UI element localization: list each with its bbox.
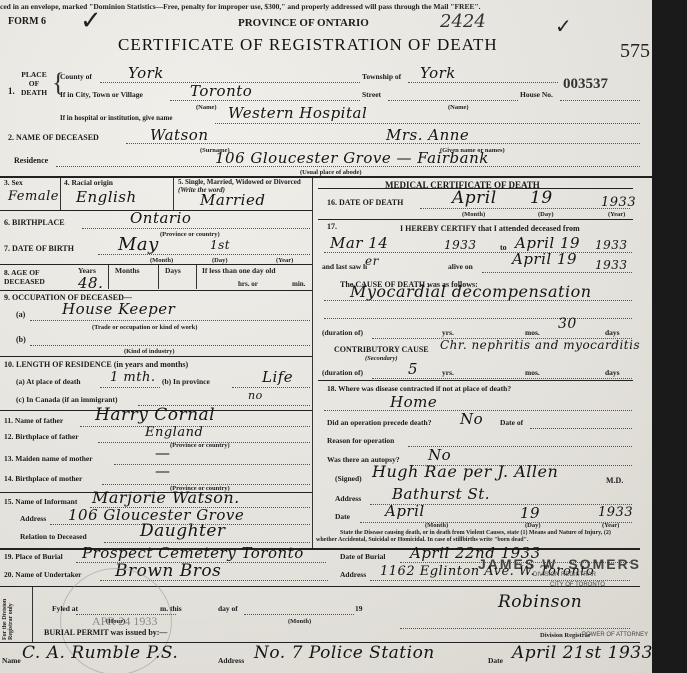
year-caption: (Year) — [608, 211, 625, 218]
dotted-line — [114, 464, 310, 465]
dotted-line — [104, 542, 310, 543]
informant-label: 15. Name of Informant — [4, 497, 77, 506]
industry-caption: (Kind of industry) — [124, 348, 175, 355]
serial-number: 003537 — [563, 76, 608, 93]
label-line: PLACE — [17, 70, 51, 79]
name-caption: (Name) — [196, 104, 217, 111]
dotted-line — [76, 614, 176, 615]
place-of-death-label: PLACE OF DEATH — [17, 70, 51, 97]
province-heading: PROVINCE OF ONTARIO — [238, 17, 369, 29]
year-prefix: 19 — [355, 604, 363, 613]
permit-name-value: C. A. Rumble P.S. — [22, 643, 178, 663]
cell-divider — [60, 178, 61, 210]
item-1-number: 1. — [8, 86, 15, 96]
last-saw-pronoun: er — [365, 254, 379, 268]
street-caption: (Name) — [448, 104, 469, 111]
death-certificate: ced in an envelope, marked "Dominion Sta… — [0, 0, 652, 673]
days-label: Days — [165, 266, 181, 275]
dod-year-value: 1933 — [601, 195, 636, 210]
signed-date-label: Date — [335, 512, 350, 521]
permit-address-label: Address — [218, 656, 244, 665]
stamp-line-2: DIVISION REGISTRAR — [533, 572, 596, 578]
duration-label: (duration of) — [322, 328, 363, 337]
yrs-label: yrs. — [442, 368, 454, 377]
length-of-residence-label: 10. LENGTH OF RESIDENCE (in years and mo… — [4, 360, 188, 369]
dotted-line — [30, 320, 310, 321]
days-label: days — [605, 368, 620, 377]
cell-divider — [32, 587, 33, 642]
birthplace-label: 6. BIRTHPLACE — [4, 218, 65, 227]
mother-value: — — [155, 444, 171, 462]
dod-month-value: April — [452, 188, 497, 208]
year-caption: (Year) — [276, 257, 293, 264]
form-number: FORM 6 — [8, 16, 46, 27]
in-province-value: Life — [262, 368, 293, 386]
marital-label-text: 5. Single, Married, Widowed or Divorced — [178, 178, 301, 186]
signer-address-label: Address — [335, 494, 361, 503]
residence-value: 106 Gloucester Grove — Fairbank — [215, 149, 489, 167]
dotted-line — [420, 208, 630, 209]
year-caption: (Year) — [602, 522, 619, 529]
dotted-line — [215, 123, 640, 124]
dotted-line — [560, 100, 640, 101]
day-caption: (Day) — [525, 522, 541, 529]
reason-label: Reason for operation — [327, 436, 394, 445]
residence-label: Residence — [14, 156, 48, 165]
registrar-signature: Robinson — [498, 592, 582, 612]
alive-on-label: alive on — [448, 262, 473, 271]
row-divider — [318, 380, 633, 381]
mother-birthplace-value: — — [155, 462, 171, 480]
sex-label: 3. Sex — [4, 178, 23, 187]
in-canada-value: no — [248, 389, 263, 402]
hospital-label: If in hospital or institution, give name — [60, 114, 172, 122]
postal-note: ced in an envelope, marked "Dominion Sta… — [0, 2, 481, 11]
mother-label: 13. Maiden name of mother — [4, 454, 93, 463]
mos-label: mos. — [525, 328, 540, 337]
county-value: York — [128, 64, 164, 82]
checkmark-icon: ✓ — [80, 6, 102, 36]
day-caption: (Day) — [538, 211, 554, 218]
at-place-value: 1 mth. — [110, 370, 155, 385]
stamp-line-3: CITY OF TORONTO — [550, 582, 605, 588]
signed-label: (Signed) — [335, 474, 362, 483]
dotted-line — [482, 272, 632, 273]
burial-place-value: Prospect Cemetery Toronto — [82, 544, 304, 562]
operation-date-label: Date of — [500, 418, 523, 427]
dotted-line — [324, 318, 632, 319]
month-caption: (Month) — [288, 618, 311, 625]
county-label: County of — [60, 72, 92, 81]
secondary-caption: (Secondary) — [365, 355, 398, 362]
contributory-cause-label: CONTRIBUTORY CAUSE — [334, 345, 429, 354]
operation-value: No — [460, 410, 483, 428]
to-label: to — [500, 243, 507, 252]
informant-address-label: Address — [20, 514, 46, 523]
street-label: Street — [362, 90, 381, 99]
dotted-line — [372, 378, 632, 379]
dotted-line — [408, 82, 558, 83]
permit-date-label: Date — [488, 656, 503, 665]
signed-date-day: 19 — [520, 504, 540, 522]
power-of-attorney: POWER OF ATTORNEY — [582, 632, 648, 638]
yrs-label: yrs. — [442, 328, 454, 337]
birthplace-value: Ontario — [130, 209, 191, 227]
label-line: DEATH — [17, 88, 51, 97]
burial-date-label: Date of Burial — [340, 552, 385, 561]
registrar-side-label: For the Division Registrar only — [2, 590, 28, 640]
burial-permit-label: BURIAL PERMIT was issued by:— — [44, 628, 167, 637]
signed-value: Hugh Rae per J. Allen — [372, 462, 558, 481]
surname-value: Watson — [150, 126, 208, 144]
undertaker-address-label: Address — [340, 570, 366, 579]
attended-from-year: 1933 — [444, 238, 477, 252]
certify-number: 17. — [327, 222, 337, 231]
row-divider — [0, 356, 312, 357]
cell-divider — [158, 265, 159, 289]
filed-at-label: Fyled at — [52, 604, 78, 613]
page-number: 575 — [620, 40, 650, 63]
contributory-cause-value: Chr. nephritis and myocarditis — [440, 338, 640, 352]
residence-caption: (Usual place of abode) — [300, 169, 362, 176]
name-of-deceased-label: 2. NAME OF DECEASED — [8, 133, 99, 142]
informant-value: Marjorie Watson. — [92, 488, 240, 507]
signed-date-month: April — [385, 502, 425, 520]
duration-label: (duration of) — [322, 368, 363, 377]
father-birthplace-label: 12. Birthplace of father — [4, 432, 79, 441]
dotted-line — [388, 100, 518, 101]
contracted-label: 18. Where was disease contracted if not … — [327, 384, 511, 393]
dotted-line — [370, 580, 630, 581]
racial-origin-label: 4. Racial origin — [64, 178, 113, 187]
undertaker-label: 20. Name of Undertaker — [4, 570, 81, 579]
contracted-value: Home — [390, 393, 437, 411]
permit-address-value: No. 7 Police Station — [254, 643, 435, 663]
township-value: York — [420, 64, 456, 82]
township-label: Township of — [362, 72, 401, 81]
province-caption: (Province or country) — [170, 442, 230, 449]
dod-day-value: 19 — [530, 188, 553, 208]
permit-name-label: Name — [2, 656, 21, 665]
dotted-line — [30, 345, 310, 346]
dob-label: 7. DATE OF BIRTH — [4, 244, 74, 253]
hospital-value: Western Hospital — [228, 104, 367, 122]
months-label: Months — [115, 266, 140, 275]
dotted-line — [232, 387, 310, 388]
certify-text: I HEREBY CERTIFY that I attended decease… — [400, 224, 580, 233]
row-divider — [318, 219, 633, 220]
relation-label: Relation to Deceased — [20, 532, 87, 541]
dotted-line — [100, 387, 160, 388]
dob-month-value: May — [118, 234, 159, 255]
dotted-line — [360, 522, 632, 523]
at-place-label: (a) At place of death — [16, 377, 81, 386]
min-label: min. — [292, 280, 305, 288]
dotted-line — [530, 428, 632, 429]
mother-birthplace-label: 14. Birthplace of mother — [4, 474, 82, 483]
last-saw-label: and last saw h — [322, 262, 367, 271]
age-label: 8. AGE OF DECEASED — [4, 268, 64, 286]
burial-place-label: 19. Place of Burial — [4, 552, 63, 561]
in-canada-label: (c) In Canada (if an immigrant) — [16, 395, 117, 404]
month-caption: (Month) — [425, 522, 448, 529]
dotted-line — [170, 100, 360, 101]
marital-value: Married — [200, 191, 265, 209]
certificate-title: CERTIFICATE OF REGISTRATION OF DEATH — [118, 35, 498, 55]
father-birthplace-value: England — [145, 425, 203, 440]
registration-number: 2424 — [440, 11, 486, 32]
checkmark-icon-2: ✓ — [555, 14, 572, 39]
instructions-text: State the Disease causing death, or in d… — [316, 530, 632, 544]
row-divider — [0, 264, 312, 265]
attended-to-year: 1933 — [595, 238, 628, 252]
cell-divider — [173, 178, 174, 210]
father-label: 11. Name of father — [4, 416, 63, 425]
signer-address-value: Bathurst St. — [392, 485, 490, 503]
column-divider — [312, 178, 313, 548]
in-province-label: (b) In province — [162, 377, 210, 386]
relation-value: Daughter — [140, 521, 226, 541]
given-name-value: Mrs. Anne — [386, 126, 469, 144]
month-caption: (Month) — [462, 211, 485, 218]
father-value: Harry Cornal — [95, 405, 215, 425]
house-label: House No. — [520, 90, 553, 99]
row-divider — [0, 290, 312, 291]
cause-duration-days: 30 — [558, 316, 577, 332]
label-line: OF — [17, 79, 51, 88]
date-of-death-label: 16. DATE OF DEATH — [327, 198, 403, 207]
permit-date-value: April 21st 1933 — [512, 643, 653, 663]
operation-label: Did an operation precede death? — [327, 418, 431, 427]
signed-date-year: 1933 — [598, 505, 633, 520]
attended-from-value: Mar 14 — [330, 234, 388, 252]
dotted-line — [324, 252, 632, 253]
day-of-label: day of — [218, 604, 238, 613]
dob-day-value: 1st — [210, 238, 230, 252]
cell-divider — [196, 265, 197, 289]
occupation-caption: (Trade or occupation or kind of work) — [92, 324, 197, 331]
dotted-line — [400, 628, 630, 629]
alive-on-value: April 19 — [512, 250, 577, 268]
cause-value: Myocardial decompensation — [350, 282, 592, 301]
sex-value: Female — [8, 189, 59, 204]
mos-label: mos. — [525, 368, 540, 377]
day-caption: (Day) — [212, 257, 228, 264]
cell-divider — [108, 265, 109, 289]
contrib-duration-yrs: 5 — [408, 360, 418, 378]
occupation-value: House Keeper — [62, 300, 175, 318]
hrs-label: hrs. or — [238, 280, 258, 288]
occupation-a-label: (a) — [16, 310, 25, 319]
less-than-day-label: If less than one day old — [202, 266, 276, 275]
dotted-line — [82, 228, 310, 229]
occupation-b-label: (b) — [16, 335, 26, 344]
city-label: If in City, Town or Village — [60, 90, 143, 99]
hour-caption: (Hour) — [106, 618, 125, 625]
dotted-line — [244, 614, 354, 615]
birthplace-caption: (Province or country) — [160, 231, 220, 238]
md-label: M.D. — [606, 476, 623, 485]
m-this-label: m. this — [160, 604, 182, 613]
alive-on-year: 1933 — [595, 258, 628, 272]
racial-origin-value: English — [76, 188, 137, 206]
month-caption: (Month) — [150, 257, 173, 264]
city-value: Toronto — [190, 82, 252, 100]
days-label: days — [605, 328, 620, 337]
